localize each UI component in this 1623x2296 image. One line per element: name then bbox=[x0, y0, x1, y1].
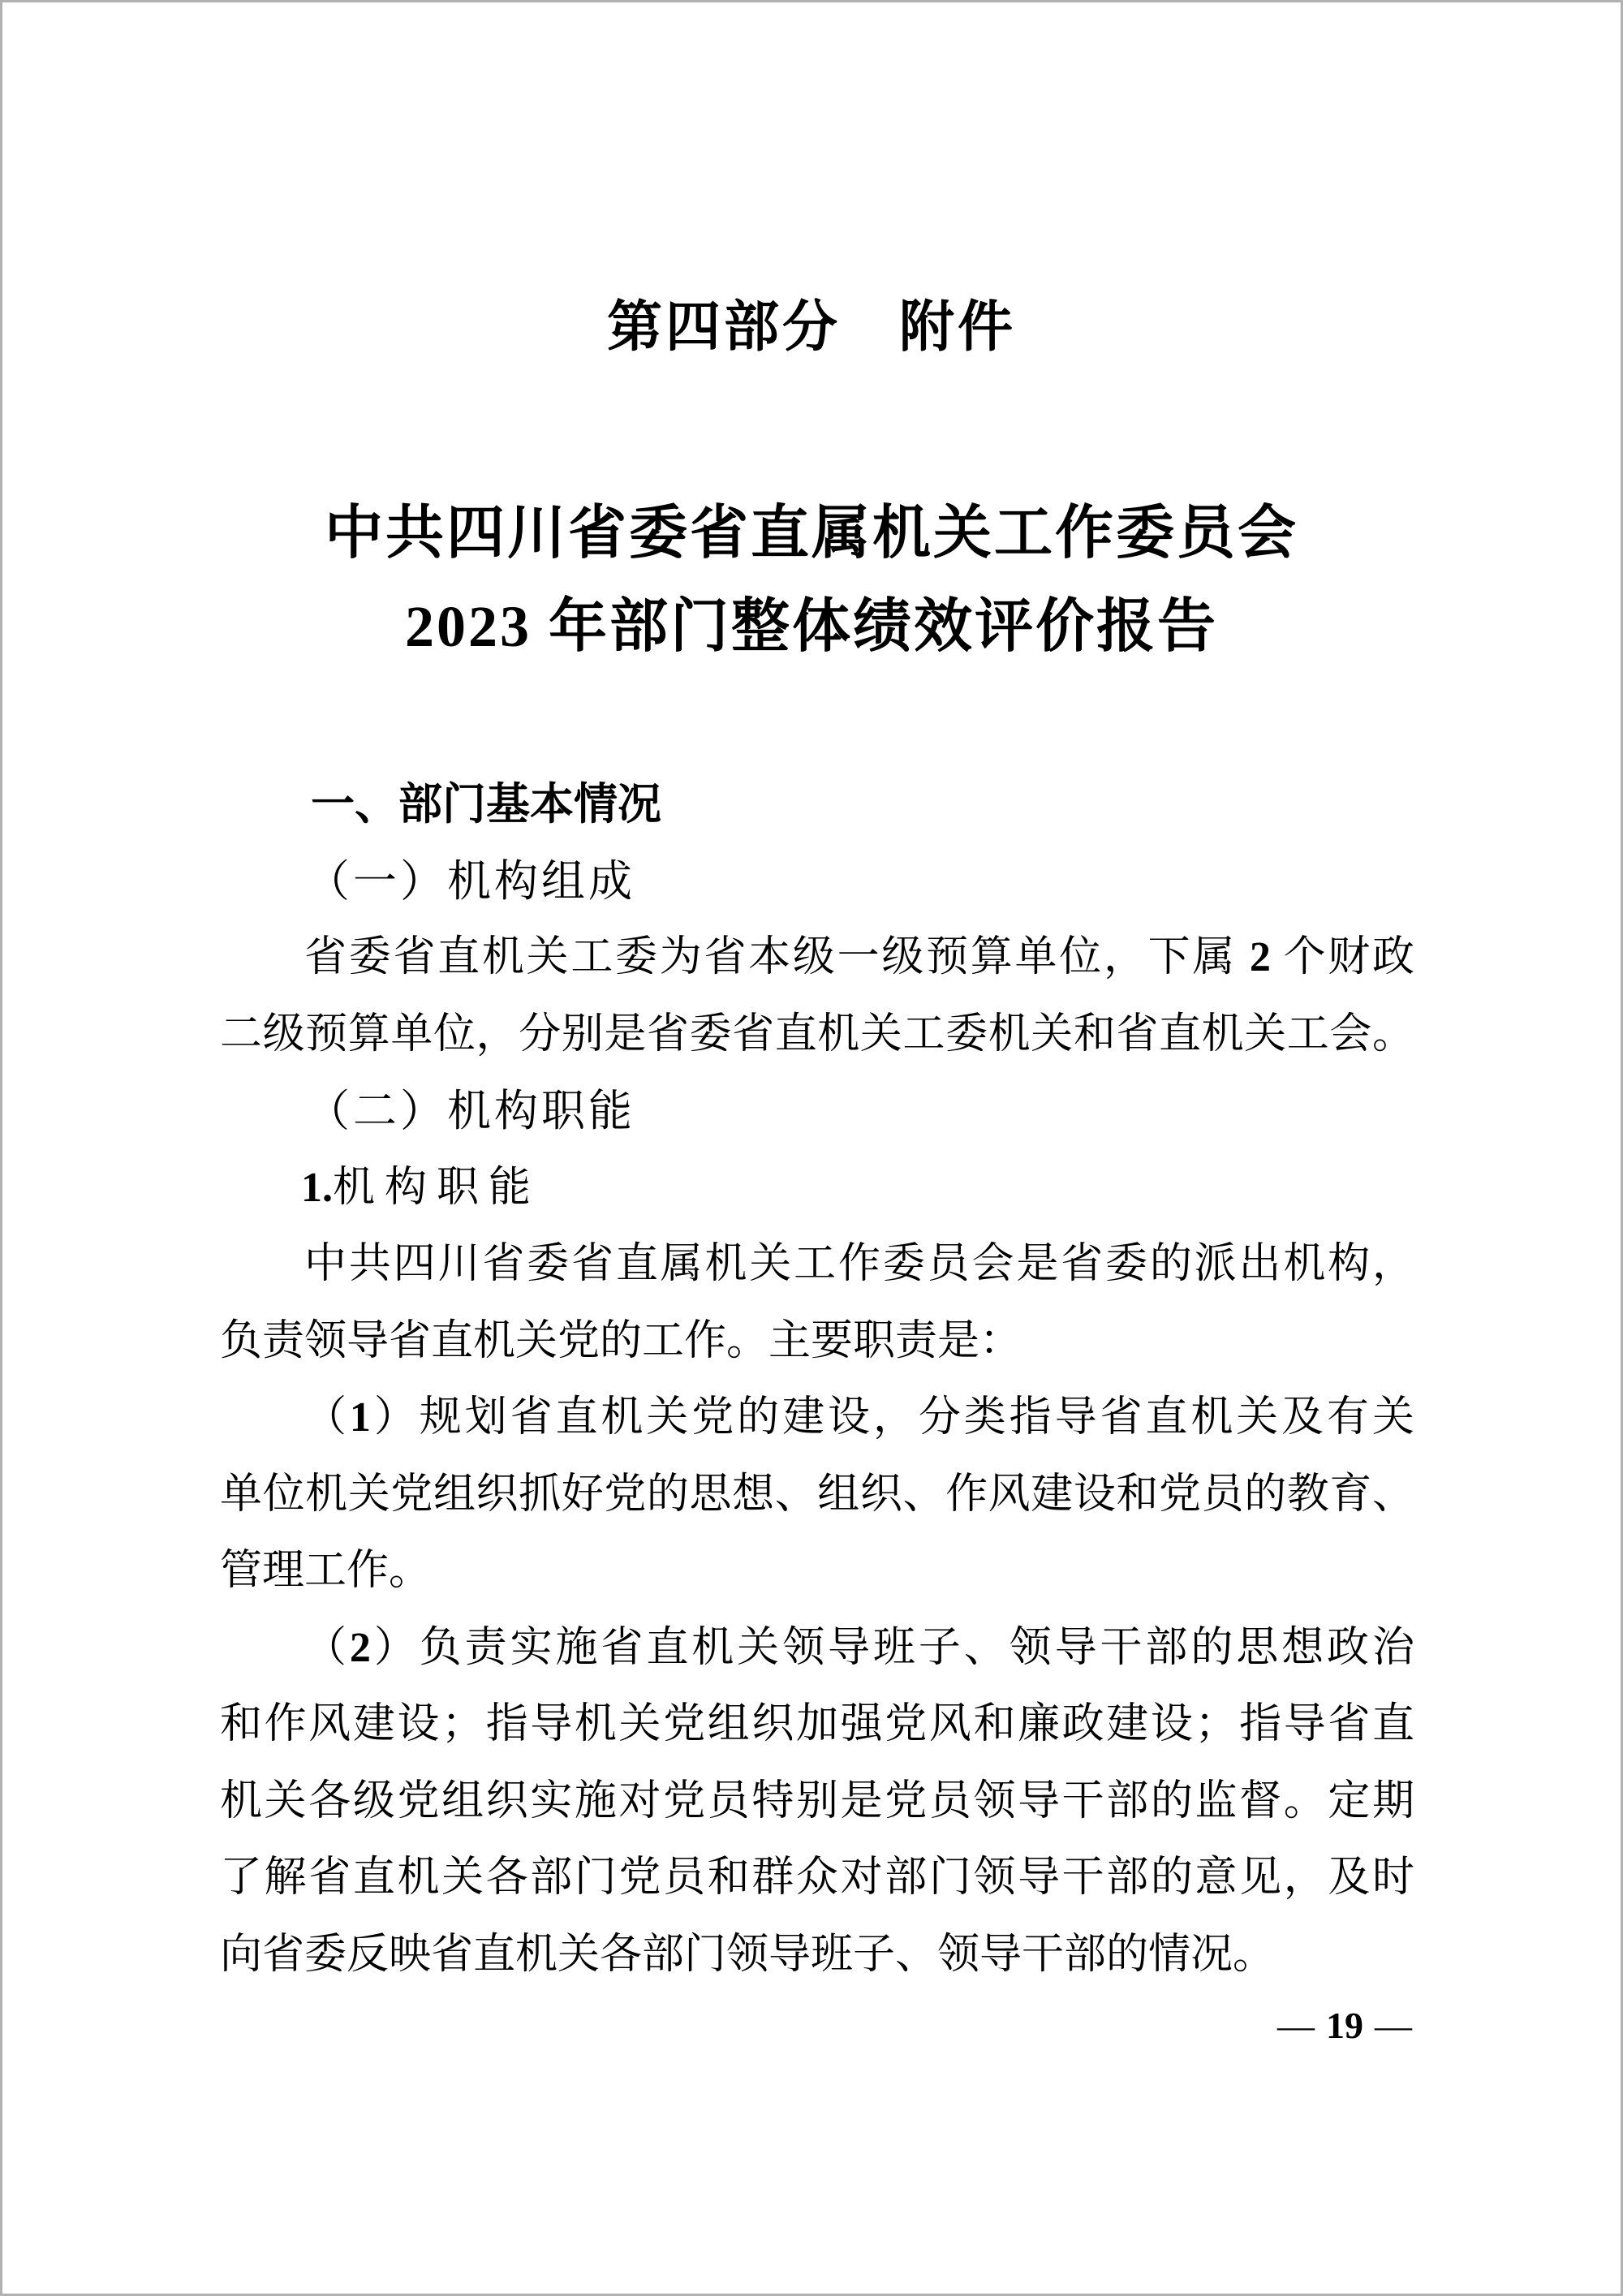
body-line: 管理工作。 bbox=[220, 1533, 1414, 1610]
bold-text-segment: 2 bbox=[350, 1625, 371, 1671]
text-segment: 单位机关党组织抓好党的思想、组织、作风建设和党员的教育、 bbox=[220, 1471, 1414, 1518]
body-line: 向省委反映省直机关各部门领导班子、领导干部的情况。 bbox=[220, 1917, 1414, 1994]
text-segment: 机关各级党组织实施对党员特别是党员领导干部的监督。定期 bbox=[220, 1778, 1414, 1824]
page-number: —19— bbox=[1277, 2007, 1412, 2044]
text-segment: 和作风建设；指导机关党组织加强党风和廉政建设；指导省直 bbox=[220, 1701, 1414, 1747]
text-segment: 一、部门基本情况 bbox=[311, 780, 661, 829]
text-segment: （一）机构组成 bbox=[306, 857, 635, 906]
text-segment: 负责领导省直机关党的工作。主要职责是： bbox=[220, 1318, 1022, 1364]
body-line: 和作风建设；指导机关党组织加强党风和廉政建设；指导省直 bbox=[220, 1686, 1414, 1764]
body-line: 中共四川省委省直属机关工作委员会是省委的派出机构， bbox=[220, 1226, 1414, 1303]
text-segment: 二级预算单位，分别是省委省直机关工委机关和省直机关工会。 bbox=[220, 1011, 1414, 1058]
page-number-value: 19 bbox=[1315, 2005, 1375, 2046]
sub-heading-2: （二）机构职能 bbox=[220, 1073, 1414, 1150]
body-line: （1）规划省直机关党的建设，分类指导省直机关及有关 bbox=[220, 1380, 1414, 1457]
text-segment: 向省委反映省直机关各部门领导班子、领导干部的情况。 bbox=[220, 1932, 1275, 1978]
page-number-dash-left: — bbox=[1277, 2005, 1315, 2046]
body-line: 机关各级党组织实施对党员特别是党员领导干部的监督。定期 bbox=[220, 1764, 1414, 1841]
bold-text-segment: 1. bbox=[301, 1165, 333, 1211]
text-segment: 个财政 bbox=[1271, 934, 1414, 980]
text-segment: 管理工作。 bbox=[220, 1548, 431, 1594]
body-line: 单位机关党组织抓好党的思想、组织、作风建设和党员的教育、 bbox=[220, 1457, 1414, 1534]
part-title: 第四部分 附件 bbox=[2, 299, 1621, 355]
report-title-line1: 中共四川省委省直属机关工作委员会 bbox=[2, 504, 1621, 562]
body-line: 负责领导省直机关党的工作。主要职责是： bbox=[220, 1303, 1414, 1381]
text-block: 一、部门基本情况（一）机构组成省委省直机关工委为省本级一级预算单位，下属 2 个… bbox=[220, 766, 1414, 1993]
body-line: 省委省直机关工委为省本级一级预算单位，下属 2 个财政 bbox=[220, 920, 1414, 997]
bold-text-segment: 1 bbox=[350, 1394, 371, 1441]
text-segment: ）规划省直机关党的建设，分类指导省直机关及有关 bbox=[371, 1394, 1414, 1441]
sub-sub-heading: 1.机构职能 bbox=[220, 1150, 1414, 1227]
text-segment: 省委省直机关工委为省本级一级预算单位，下属 bbox=[304, 934, 1250, 980]
text-segment: （ bbox=[304, 1625, 350, 1671]
text-segment: （ bbox=[304, 1394, 350, 1441]
report-title-line2: 2023 年部门整体绩效评价报告 bbox=[2, 597, 1621, 656]
text-segment: （二）机构职能 bbox=[306, 1087, 635, 1135]
text-segment: 了解省直机关各部门党员和群众对部门领导干部的意见，及时 bbox=[220, 1854, 1414, 1901]
body-line: （2）负责实施省直机关领导班子、领导干部的思想政治 bbox=[220, 1610, 1414, 1687]
text-segment: ）负责实施省直机关领导班子、领导干部的思想政治 bbox=[371, 1625, 1414, 1671]
text-segment: 机构职能 bbox=[333, 1165, 540, 1211]
body-line: 了解省直机关各部门党员和群众对部门领导干部的意见，及时 bbox=[220, 1840, 1414, 1917]
page-number-dash-right: — bbox=[1375, 2005, 1412, 2046]
sub-heading-1: （一）机构组成 bbox=[220, 843, 1414, 920]
section-heading-1: 一、部门基本情况 bbox=[220, 766, 1414, 843]
text-segment: 中共四川省委省直属机关工作委员会是省委的派出机构， bbox=[304, 1241, 1414, 1287]
body-line: 二级预算单位，分别是省委省直机关工委机关和省直机关工会。 bbox=[220, 997, 1414, 1074]
bold-text-segment: 2 bbox=[1250, 934, 1271, 980]
document-page: 第四部分 附件 中共四川省委省直属机关工作委员会 2023 年部门整体绩效评价报… bbox=[0, 0, 1623, 2296]
